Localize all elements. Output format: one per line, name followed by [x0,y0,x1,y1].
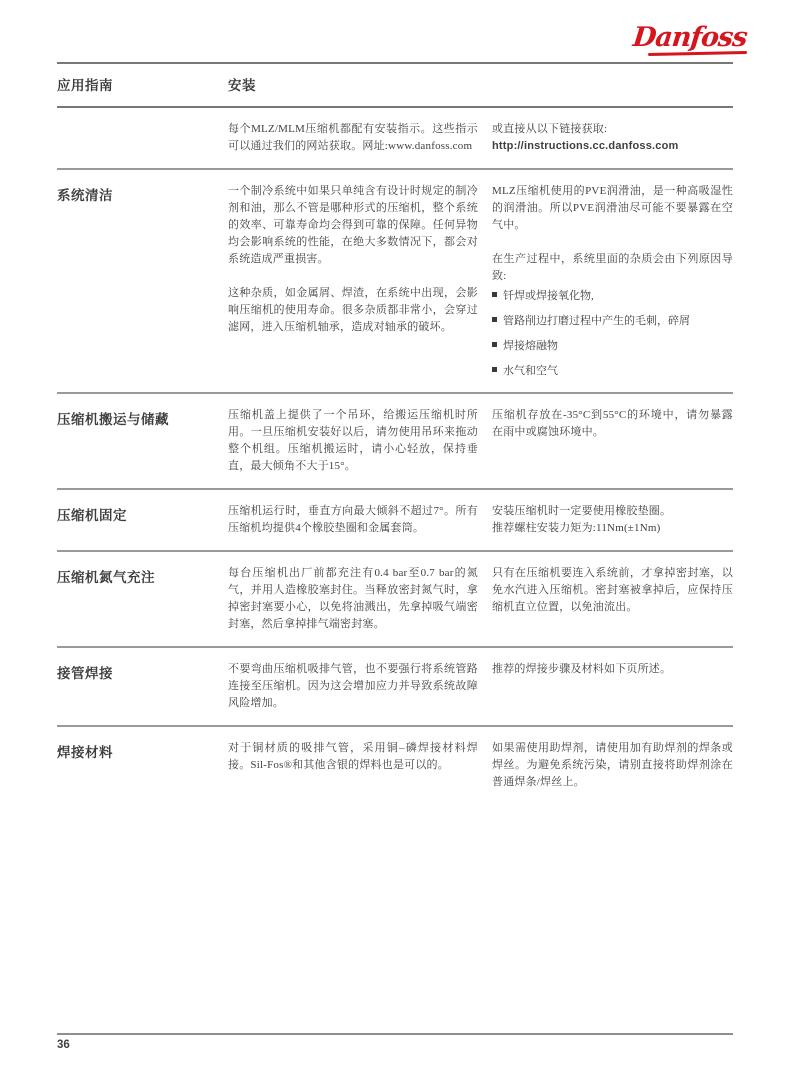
section-right-column: 推荐的焊接步骤及材料如下页所述。 [492,661,733,712]
page-header: 应用指南 安装 [57,64,733,108]
section-middle-column: 每台压缩机出厂前都充注有0.4 bar至0.7 bar的氮气，并用人造橡胶塞封住… [228,565,492,633]
section-pipe-brazing: 接管焊接 不要弯曲压缩机吸排气管，也不要强行将系统管路连接至压缩机。因为这会增加… [57,648,733,727]
paragraph: 推荐螺柱安装力矩为:11Nm(±1Nm) [492,520,733,537]
section-title: 压缩机氮气充注 [57,565,228,633]
paragraph: 或直接从以下链接获取: [492,121,733,138]
bullet-icon [492,292,497,297]
paragraph: MLZ压缩机使用的PVE润滑油，是一种高吸湿性的润滑油。所以PVE润滑油尽可能不… [492,183,733,234]
list-item-text: 钎焊或焊接氧化物, [503,288,594,304]
danfoss-logo-swoosh [648,51,747,56]
paragraph: 每个MLZ/MLM压缩机都配有安装指示。这些指示可以通过我们的网站获取。网址:w… [228,121,478,155]
list-item-text: 水气和空气 [503,363,558,379]
section-title: 接管焊接 [57,661,228,712]
paragraph: 这种杂质，如金属屑、焊渣，在系统中出现，会影响压缩机的使用寿命。很多杂质都非常小… [228,285,478,336]
list-item: 管路削边打磨过程中产生的毛刺，碎屑 [492,313,733,329]
paragraph: 一个制冷系统中如果只单纯含有设计时规定的制冷剂和油，那么不管是哪种形式的压缩机，… [228,183,478,268]
list-item-text: 焊接熔融物 [503,338,558,354]
paragraph: 推荐的焊接步骤及材料如下页所述。 [492,661,733,678]
section-middle-column: 压缩机盖上提供了一个吊环，给搬运压缩机时所用。一旦压缩机安装好以后，请勿使用吊环… [228,407,492,475]
section-compressor-mounting: 压缩机固定 压缩机运行时，垂直方向最大倾斜不超过7°。所有压缩机均提供4个橡胶垫… [57,490,733,552]
page-footer: 36 [57,1033,733,1051]
section-right-column: MLZ压缩机使用的PVE润滑油，是一种高吸湿性的润滑油。所以PVE润滑油尽可能不… [492,183,733,379]
section-middle-column: 不要弯曲压缩机吸排气管，也不要强行将系统管路连接至压缩机。因为这会增加应力并导致… [228,661,492,712]
paragraph: 只有在压缩机要连入系统前，才拿掉密封塞，以免水汽进入压缩机。密封塞被拿掉后，应保… [492,565,733,616]
page-number: 36 [57,1039,733,1051]
doc-type-label: 应用指南 [57,74,228,94]
section-title: 压缩机固定 [57,503,228,537]
section-right-column: 安装压缩机时一定要使用橡胶垫圈。 推荐螺柱安装力矩为:11Nm(±1Nm) [492,503,733,537]
paragraph: 压缩机存放在-35°C到55°C的环境中，请勿暴露在雨中或腐蚀环境中。 [492,407,733,441]
document-page: Danfoss 应用指南 安装 每个MLZ/MLM压缩机都配有安装指示。这些指示… [0,0,790,1072]
section-brazing-material: 焊接材料 对于铜材质的吸排气管，采用铜–磷焊接材料焊接。Sil-Fos®和其他含… [57,727,733,804]
section-handling-storage: 压缩机搬运与储藏 压缩机盖上提供了一个吊环，给搬运压缩机时所用。一旦压缩机安装好… [57,394,733,490]
section-title: 焊接材料 [57,740,228,791]
paragraph: 对于铜材质的吸排气管，采用铜–磷焊接材料焊接。Sil-Fos®和其他含银的焊料也… [228,740,478,774]
section-title [57,121,228,155]
section-middle-column: 对于铜材质的吸排气管，采用铜–磷焊接材料焊接。Sil-Fos®和其他含银的焊料也… [228,740,492,791]
section-right-column: 只有在压缩机要连入系统前，才拿掉密封塞，以免水汽进入压缩机。密封塞被拿掉后，应保… [492,565,733,633]
paragraph: 安装压缩机时一定要使用橡胶垫圈。 [492,503,733,520]
danfoss-logo: Danfoss [633,24,747,55]
list-item: 钎焊或焊接氧化物, [492,288,733,304]
paragraph: 压缩机运行时，垂直方向最大倾斜不超过7°。所有压缩机均提供4个橡胶垫圈和金属套筒… [228,503,478,537]
section-installation-note: 每个MLZ/MLM压缩机都配有安装指示。这些指示可以通过我们的网站获取。网址:w… [57,108,733,170]
section-title: 系统清洁 [57,183,228,379]
section-title: 压缩机搬运与储藏 [57,407,228,475]
paragraph: 不要弯曲压缩机吸排气管，也不要强行将系统管路连接至压缩机。因为这会增加应力并导致… [228,661,478,712]
section-right-column: 如果需使用助焊剂，请使用加有助焊剂的焊条或焊丝。为避免系统污染，请别直接将助焊剂… [492,740,733,791]
page-top-band: Danfoss [57,0,733,64]
section-middle-column: 压缩机运行时，垂直方向最大倾斜不超过7°。所有压缩机均提供4个橡胶垫圈和金属套筒… [228,503,492,537]
list-item: 水气和空气 [492,363,733,379]
list-item-text: 管路削边打磨过程中产生的毛刺，碎屑 [503,313,690,329]
section-right-column: 或直接从以下链接获取: http://instructions.cc.danfo… [492,121,733,155]
paragraph: 每台压缩机出厂前都充注有0.4 bar至0.7 bar的氮气，并用人造橡胶塞封住… [228,565,478,633]
bullet-icon [492,317,497,322]
bullet-icon [492,367,497,372]
paragraph: 压缩机盖上提供了一个吊环，给搬运压缩机时所用。一旦压缩机安装好以后，请勿使用吊环… [228,407,478,475]
paragraph: 如果需使用助焊剂，请使用加有助焊剂的焊条或焊丝。为避免系统污染，请别直接将助焊剂… [492,740,733,791]
paragraph: 在生产过程中，系统里面的杂质会由下列原因导致: [492,251,733,285]
section-nitrogen-charge: 压缩机氮气充注 每台压缩机出厂前都充注有0.4 bar至0.7 bar的氮气，并… [57,552,733,648]
section-system-cleanliness: 系统清洁 一个制冷系统中如果只单纯含有设计时规定的制冷剂和油，那么不管是哪种形式… [57,170,733,394]
section-middle-column: 一个制冷系统中如果只单纯含有设计时规定的制冷剂和油，那么不管是哪种形式的压缩机，… [228,183,492,379]
list-item: 焊接熔融物 [492,338,733,354]
page-title: 安装 [228,74,733,94]
section-middle-column: 每个MLZ/MLM压缩机都配有安装指示。这些指示可以通过我们的网站获取。网址:w… [228,121,492,155]
section-right-column: 压缩机存放在-35°C到55°C的环境中，请勿暴露在雨中或腐蚀环境中。 [492,407,733,475]
instructions-link[interactable]: http://instructions.cc.danfoss.com [492,138,733,155]
contaminant-list: 钎焊或焊接氧化物, 管路削边打磨过程中产生的毛刺，碎屑 焊接熔融物 水气和空气 [492,288,733,379]
bullet-icon [492,342,497,347]
danfoss-logo-text: Danfoss [632,24,748,51]
